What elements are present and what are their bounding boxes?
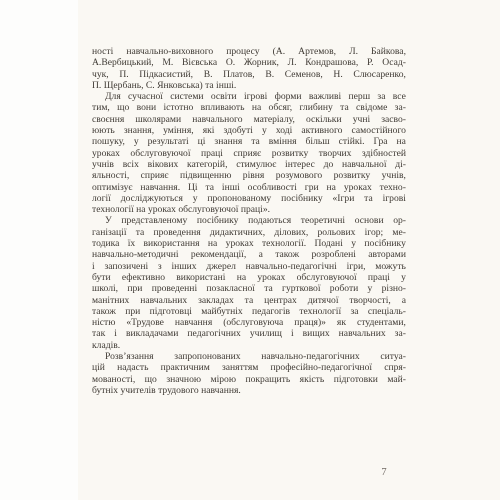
text-line: ізапозиченізіншихджерелнавчально-педагог…: [92, 261, 406, 272]
scan-edge-strip: [0, 0, 78, 500]
text-line: яльності,сприяєпідвищеннюрівнярозумового…: [92, 170, 406, 181]
scanned-book-page: { "page": { "number": "7", "paragraphs":…: [0, 0, 500, 500]
text-line: П. Щербань, С. Янковська) та інші.: [92, 80, 406, 91]
text-line: навчально-методичнірекомендації,атакожро…: [92, 249, 406, 260]
text-line: технології на уроках обслуговуючої праці…: [92, 204, 406, 215]
text-line: таківикладачамипедагогічнихучилищівищихн…: [92, 328, 406, 339]
text-line: ганізаціїтапроведеннядидактичних,ділових…: [92, 227, 406, 238]
text-line: такожприпідготовцімайбутніхпедагогівтехн…: [92, 306, 406, 317]
text-line: бутиефективновикористанінаурокахобслугов…: [92, 272, 406, 283]
text-line: ностінавчально-виховногопроцесу(А.Артемо…: [92, 46, 406, 57]
text-line: тодикаїхвикористаннянаурокахтехнології.П…: [92, 238, 406, 249]
text-line: урокахобслуговуючоїпрацісприяєрозвиткутв…: [92, 148, 406, 159]
text-line: юютьзнання,уміння,якіздобутіуходіактивно…: [92, 125, 406, 136]
text-line: Длясучасноїсистемиосвітиігровіформиважли…: [92, 91, 406, 102]
text-line: чук,П.Підкасистий,В.Платов,В.Семенов,Н.С…: [92, 69, 406, 80]
text-line: тим,щовониістотновпливаютьнаобсяг,глибин…: [92, 102, 406, 113]
page-text-block: ностінавчально-виховногопроцесу(А.Артемо…: [92, 46, 406, 396]
text-line: Розв’язаннязапропонованихнавчально-педаг…: [92, 351, 406, 362]
text-line: ністю«Трудовенавчання(обслуговуючапраця)…: [92, 317, 406, 328]
text-line: логіїдосліджуютьсяупропонованомупосібник…: [92, 193, 406, 204]
text-line: бутніх учителів трудового навчання.: [92, 385, 406, 396]
text-line: учніввсіхвіковихкатегорій,стимулюєінтере…: [92, 159, 406, 170]
text-line: своєнняшколяраминавчальногоматеріалу,оск…: [92, 114, 406, 125]
text-line: А.Вербицький,М.ВієвськаО.Жорник,Л.Кондра…: [92, 57, 406, 68]
text-line: школі,припроведенніпозакласноїтагуртково…: [92, 283, 406, 294]
text-line: ційнадастьпрактичнимзаняттямпрофесійно-п…: [92, 362, 406, 373]
text-line: Упредставленомупосібникуподаютьсятеорети…: [92, 215, 406, 226]
text-line: кладів.: [92, 340, 406, 351]
text-line: оптимізуєнавчання.Цітаіншіособливостігри…: [92, 182, 406, 193]
text-line: мованості,щозначноюміроюпокращитьякістьп…: [92, 374, 406, 385]
text-line: манітнихнавчальнихзакладахтацентрахдитяч…: [92, 295, 406, 306]
text-line: пошуку,урезультатіцізнаннятавміннябільшс…: [92, 136, 406, 147]
page-number: 7: [374, 467, 394, 479]
